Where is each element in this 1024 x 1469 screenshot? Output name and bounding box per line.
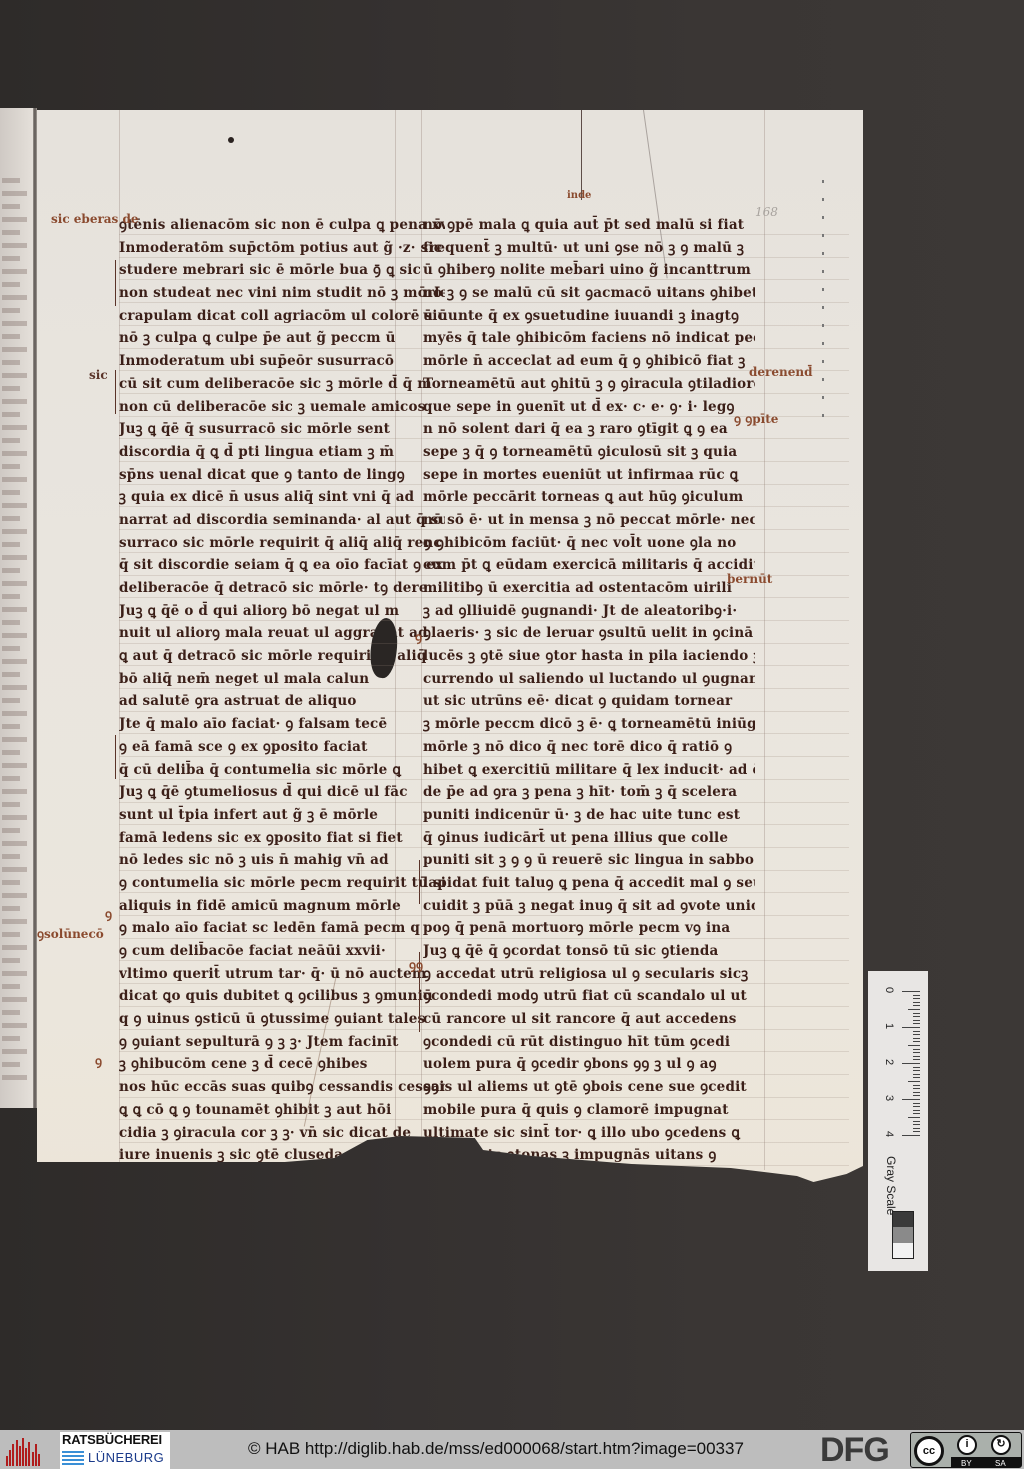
ruling-line <box>119 257 849 258</box>
bleed-through-text <box>2 217 27 222</box>
ruler-tick <box>908 1117 920 1118</box>
ruler-tick <box>913 1085 920 1086</box>
manuscript-line: ꝯꝯis ul aliems ut ꝯtē ꝯbois cene sue ꝯce… <box>423 1076 755 1099</box>
bleed-through-text <box>2 477 27 482</box>
dfg-logo[interactable]: DFG <box>820 1433 889 1467</box>
bleed-through-text <box>2 841 27 846</box>
manuscript-line: mobile pura q̄ quis ꝯ clamorē impugnat <box>423 1099 755 1122</box>
bleed-through-text <box>2 737 27 742</box>
bleed-through-text <box>2 958 20 963</box>
license-by-label: BY <box>961 1459 972 1468</box>
ruling-line <box>119 1074 849 1075</box>
bleed-through-text <box>2 464 20 469</box>
manuscript-line: lapidat fuit taluꝯ ꝗ pena q̄ accedit mal… <box>423 872 755 895</box>
text-column-left: ꝯtēnis alienacōm sic non ē culpa ꝗ pena … <box>119 214 445 1212</box>
bleed-through-text <box>2 438 20 443</box>
bleed-through-text <box>2 542 20 547</box>
ruling-line <box>119 847 849 848</box>
bleed-through-text <box>2 1075 27 1080</box>
marginal-note: ꝯꝯ <box>409 956 423 973</box>
ruling-line <box>119 529 849 530</box>
ruler-tick <box>913 1038 920 1039</box>
ruler-tick <box>913 1121 920 1122</box>
ruling-line <box>119 1029 849 1030</box>
bleed-through-text <box>2 282 20 287</box>
bleed-through-text <box>2 360 20 365</box>
bleed-through-text <box>2 815 27 820</box>
pricking-mark <box>822 378 824 381</box>
ruling-line <box>119 824 849 825</box>
ruling-line <box>119 370 849 371</box>
paragraph-bracket <box>115 370 116 414</box>
bleed-through-text <box>2 711 27 716</box>
ruling-line <box>119 733 849 734</box>
bleed-through-text <box>2 906 20 911</box>
bleed-through-text <box>2 295 27 300</box>
library-city: LÜNEBURG <box>88 1450 164 1465</box>
manuscript-line: aliquis in fidē amicū magnum mōrle <box>119 895 445 918</box>
logo-bar <box>6 1456 8 1466</box>
manuscript-line: ꝯ ꝯuiant sepulturā ꝯ ꝫ ꝫ· Jtem facinīt <box>119 1031 445 1054</box>
bleed-through-text <box>2 776 20 781</box>
bleed-through-text <box>2 490 20 495</box>
bleed-through-text <box>2 971 27 976</box>
ruling-line <box>119 597 849 598</box>
paragraph-bracket <box>419 860 420 904</box>
manuscript-folio: 168 ꝯtēnis alienacōm sic non ē culpa ꝗ p… <box>37 110 863 1230</box>
bleed-through-text <box>2 191 27 196</box>
fold-crease <box>581 110 582 200</box>
ruler-tick <box>913 1056 920 1057</box>
manuscript-line: famā ledens sic ex ꝯposito fiat si fiet <box>119 827 445 850</box>
ruling-line <box>764 110 765 1170</box>
ruler-tick <box>913 1059 920 1060</box>
ruling-line <box>119 938 849 939</box>
bleed-through-text <box>2 1062 20 1067</box>
ruler-tick <box>913 1002 920 1003</box>
license-sa-label: SA <box>995 1459 1006 1468</box>
ruler-tick <box>902 991 920 992</box>
ruler-tick <box>913 1041 920 1042</box>
bleed-through-text <box>2 399 27 404</box>
paragraph-bracket <box>115 735 116 779</box>
ruler-tick <box>913 1103 920 1104</box>
bleed-through-text <box>2 802 20 807</box>
pricking-mark <box>822 360 824 363</box>
manuscript-line: nō ledes sic nō ꝫ uis n̄ mahig vn̄ ad <box>119 849 445 872</box>
ruling-line <box>119 892 849 893</box>
ruling-line <box>119 234 849 235</box>
ruler-tick <box>913 1005 920 1006</box>
ruling-line <box>119 1097 849 1098</box>
folio-number: 168 <box>755 205 778 219</box>
cc-license-badge[interactable]: cc i ↻ BY SA <box>910 1432 1022 1468</box>
logo-bar <box>25 1448 27 1466</box>
marginal-note: ꝯ <box>95 1052 102 1069</box>
bleed-through-text <box>2 646 20 651</box>
manuscript-line: Juꝫ ꝗ q̄ē ꝯtumeliosus d̄ qui dicē ul fāc <box>119 781 445 804</box>
bleed-through-text <box>2 529 27 534</box>
bleed-through-text <box>2 451 27 456</box>
ruler-tick <box>913 1013 920 1014</box>
ruling-line <box>119 279 849 280</box>
ruling-line <box>119 325 849 326</box>
logo-bar <box>38 1454 40 1466</box>
copyright-link[interactable]: © HAB http://diglib.hab.de/mss/ed000068/… <box>248 1439 744 1459</box>
bleed-through-text <box>2 581 27 586</box>
ruler-tick <box>913 1020 920 1021</box>
ruler-tick <box>913 1095 920 1096</box>
manuscript-line: de p̄e ad ꝯra ꝫ pena ꝫ hīt· tom̄ ꝫ q̄ sc… <box>423 781 755 804</box>
gray-swatch <box>893 1212 913 1227</box>
ruling-line <box>119 802 849 803</box>
pricking-mark <box>822 342 824 345</box>
gray-swatch <box>893 1227 913 1242</box>
bleed-through-text <box>2 607 27 612</box>
manuscript-line: uolem pura q̄ ꝯcedir ꝯbons ꝯꝯ ꝫ ul ꝯ aꝯ <box>423 1053 755 1076</box>
bleed-through-text <box>2 1036 20 1041</box>
ruler-tick <box>913 1124 920 1125</box>
manuscript-line: q̄ ꝯinus iudicārt̄ ut pena illius que co… <box>423 827 755 850</box>
ruler-tick <box>913 1074 920 1075</box>
bleed-through-text <box>2 698 20 703</box>
bleed-through-text <box>2 789 27 794</box>
ruling-line <box>119 711 849 712</box>
bleed-through-text <box>2 919 27 924</box>
bleed-through-text <box>2 308 20 313</box>
manuscript-line: ꝯ cum delib̄acōe faciat neāūi xxvii· <box>119 940 445 963</box>
person-icon: i <box>957 1435 977 1455</box>
pricking-mark <box>822 270 824 273</box>
ruler-tick <box>908 1081 920 1082</box>
ruling-line <box>119 393 849 394</box>
bleed-through-text <box>2 1049 27 1054</box>
ruling-line <box>119 416 849 417</box>
bleed-through-text <box>2 555 27 560</box>
pricking-mark <box>822 234 824 237</box>
manuscript-line: Juꝫ ꝗ q̄ē q̄ ꝯcordat tonsō tū sic ꝯtiend… <box>423 940 755 963</box>
ruling-line <box>119 1006 849 1007</box>
ruling-line <box>119 983 849 984</box>
bleed-through-text <box>2 334 20 339</box>
manuscript-line: mōrle ꝫ nō dico q̄ nec torē dico q̄ rati… <box>423 736 755 759</box>
library-mark-icon <box>6 1436 42 1466</box>
manuscript-line: hibet ꝗ exercitiū militare q̄ lex induci… <box>423 759 755 782</box>
manuscript-line: cuidit ꝫ pūā ꝫ negat inuꝯ q̄ sit ad ꝯvot… <box>423 895 755 918</box>
manuscript-line: nos hūc eccās suas quibꝯ cessandis cessa… <box>119 1076 445 1099</box>
manuscript-line: q̄ cū delib̄a q̄ contumelia sic mōrle ꝗ <box>119 759 445 782</box>
bleed-through-text <box>2 178 20 183</box>
manuscript-line: ꝗ ꝗ cō ꝗ ꝯ tounamēt ꝯhibit ꝫ aut hōi <box>119 1099 445 1122</box>
ink-spot <box>228 137 234 143</box>
bleed-through-text <box>2 828 20 833</box>
ruler-tick <box>913 998 920 999</box>
ruler-tick <box>913 1031 920 1032</box>
manuscript-line: puniti indicenūr ū· ꝫ de hac uite tunc e… <box>423 804 755 827</box>
manuscript-line: puniti sit ꝫ ꝯ ꝯ ū reuerē sic lingua in … <box>423 849 755 872</box>
logo-bar <box>28 1442 30 1466</box>
ruling-line <box>119 461 849 462</box>
ruler-tick <box>908 1009 920 1010</box>
bleed-through-text <box>2 412 20 417</box>
manuscript-line: vltimo querit̄ utrum tar· q̄· ū nō aucte… <box>119 963 445 986</box>
ruling-line <box>119 506 849 507</box>
ruler-tick <box>913 1128 920 1129</box>
ruler-tick <box>913 1113 920 1114</box>
ruling-line <box>119 779 849 780</box>
bleed-through-text <box>2 425 27 430</box>
bleed-through-text <box>2 1010 20 1015</box>
gray-swatch <box>893 1243 913 1258</box>
ruler-tick <box>913 1088 920 1089</box>
ruling-line <box>119 552 849 553</box>
marginal-note: derenend̄ <box>749 365 812 379</box>
bleed-through-text <box>2 672 20 677</box>
ruler-tick-label: 2 <box>883 1059 895 1065</box>
marginal-note: ꝯsolūnecō <box>37 925 104 942</box>
bleed-through-text <box>2 854 20 859</box>
logo-bar <box>9 1450 11 1466</box>
ruling-line <box>119 620 849 621</box>
ruling-line <box>119 915 849 916</box>
bleed-through-text <box>2 932 20 937</box>
ruler-tick <box>913 1049 920 1050</box>
binding-gutter <box>33 108 37 1108</box>
ruler-tick <box>908 1045 920 1046</box>
ruler-tick <box>902 1027 920 1028</box>
logo-bar <box>16 1440 18 1466</box>
bleed-through-text <box>2 750 20 755</box>
bleed-through-text <box>2 1023 27 1028</box>
manuscript-line: sunt ul t̄pia infert aut g̃ ꝫ ē mōrle <box>119 804 445 827</box>
ruling-line <box>119 575 849 576</box>
pricking-mark <box>822 414 824 417</box>
bleed-through-text <box>2 867 27 872</box>
ruler-tick <box>913 1023 920 1024</box>
ruling-line <box>119 1142 849 1143</box>
ruler-tick <box>913 1106 920 1107</box>
ruler-tick-label: 3 <box>883 1095 895 1101</box>
manuscript-line: ꝯ contumelia sic mōrle pecm requirit tū … <box>119 872 445 895</box>
bleed-through-text <box>2 724 20 729</box>
ruler-tick-label: 1 <box>883 1023 895 1029</box>
ruler-tick <box>913 1131 920 1132</box>
bleed-through-text <box>2 659 27 664</box>
bleed-through-text <box>2 620 20 625</box>
bleed-through-text <box>2 503 27 508</box>
adjacent-page-edge <box>0 108 36 1108</box>
manuscript-line: ꝯ malo aīo faciat sc ledēn famā pecm q <box>119 917 445 940</box>
bleed-through-text <box>2 568 20 573</box>
bleed-through-text <box>2 243 27 248</box>
ruler-tick <box>913 1067 920 1068</box>
ruling-line <box>119 688 849 689</box>
marginal-note: sic eberas de <box>51 212 139 226</box>
ruler-tick <box>902 1099 920 1100</box>
bleed-through-text <box>2 256 20 261</box>
bleed-through-text <box>2 204 20 209</box>
ruler-tick-label: 4 <box>883 1131 895 1137</box>
paragraph-bracket <box>115 260 116 306</box>
logo-bar <box>32 1452 34 1466</box>
ruler-tick <box>913 1016 920 1017</box>
bleed-through-text <box>2 269 27 274</box>
ruling-line <box>119 1119 849 1120</box>
ruling-line <box>119 665 849 666</box>
pricking-mark <box>822 252 824 255</box>
logo-bar <box>22 1438 24 1466</box>
bleed-through-text <box>2 516 20 521</box>
pricking-mark <box>822 216 824 219</box>
manuscript-line: ꝯcondedi modꝯ utrū fiat cū scandalo ul u… <box>423 985 755 1008</box>
logo-bar <box>12 1444 14 1466</box>
manuscript-line: ꝫ ꝯhibucōm cene ꝫ d̄ cecē ꝯhibes <box>119 1053 445 1076</box>
marginal-note: sic <box>89 368 108 382</box>
bleed-through-text <box>2 984 20 989</box>
marginal-note: ꝯ <box>105 905 112 922</box>
ruler-tick-label: 0 <box>883 987 895 993</box>
manuscript-line: q ꝯ uinus ꝯsticū ū ꝯtussime ꝯuiant tales <box>119 1008 445 1031</box>
manuscript-line: cū rancore ul sit rancore q̄ aut acceden… <box>423 1008 755 1031</box>
bleed-through-text <box>2 386 20 391</box>
logo-bar <box>19 1446 21 1466</box>
gray-scale-swatches <box>892 1211 914 1259</box>
library-logo[interactable]: RATSBÜCHEREI LÜNEBURG <box>60 1432 170 1469</box>
ruling-line <box>119 302 849 303</box>
color-scale-ruler: Gray Scale 01234 <box>868 971 928 1271</box>
ruler-tick <box>913 995 920 996</box>
ruler-tick <box>902 1135 920 1136</box>
bleed-through-text <box>2 763 27 768</box>
bleed-through-text <box>2 893 27 898</box>
cc-icon: cc <box>914 1436 944 1466</box>
bleed-through-text <box>2 230 20 235</box>
pricking-mark <box>822 396 824 399</box>
pricking-mark <box>822 180 824 183</box>
ruler-tick <box>913 1092 920 1093</box>
manuscript-line: ꝯ eā famā sce ꝯ ex ꝯposito faciat <box>119 736 445 759</box>
ruler-tick <box>913 1052 920 1053</box>
ruling-line <box>119 438 849 439</box>
bleed-through-text <box>2 594 20 599</box>
ruler-tick <box>913 1070 920 1071</box>
ruler-tick <box>913 1077 920 1078</box>
manuscript-line: poꝯ q̄ penā mortuorꝯ mōrle pecm vꝯ ina <box>423 917 755 940</box>
ruling-line <box>119 870 849 871</box>
pricking-mark <box>822 288 824 291</box>
bleed-through-text <box>2 373 27 378</box>
viewer-footer: RATSBÜCHEREI LÜNEBURG © HAB http://digli… <box>0 1430 1024 1469</box>
interlinear-note: inde <box>567 190 591 201</box>
library-name: RATSBÜCHEREI <box>62 1432 162 1447</box>
book-icon <box>62 1451 84 1467</box>
ruler-tick <box>913 1110 920 1111</box>
ruling-line <box>119 756 849 757</box>
ruling-line <box>119 348 849 349</box>
pricking-mark <box>822 306 824 309</box>
bleed-through-text <box>2 880 20 885</box>
text-column-right: nō ꝯpē mala ꝗ quia aut̄ p̄t sed malū si … <box>423 214 755 1212</box>
bleed-through-text <box>2 347 27 352</box>
bleed-through-text <box>2 997 27 1002</box>
ruling-line <box>119 484 849 485</box>
gray-scale-label: Gray Scale <box>884 1156 898 1215</box>
manuscript-line: ꝯ accedat utrū religiosa ul ꝯ secularis … <box>423 963 755 986</box>
ruling-line <box>119 1051 849 1052</box>
manuscript-line: ꝯcondedi cū rūt distinguo hīt tūm ꝯcedi <box>423 1031 755 1054</box>
manuscript-line: dicat ꝗo quis dubitet ꝗ ꝯcilibus ꝫ ꝯmuni… <box>119 985 445 1008</box>
marginal-note: ꝯ ꝯpīte <box>734 410 778 427</box>
share-alike-icon: ↻ <box>991 1435 1011 1455</box>
bleed-through-text <box>2 633 27 638</box>
ruler-tick <box>913 1034 920 1035</box>
ruling-line <box>119 960 849 961</box>
bleed-through-text <box>2 685 27 690</box>
ruling-line <box>119 643 849 644</box>
bleed-through-text <box>2 321 27 326</box>
logo-bar <box>35 1444 37 1466</box>
pricking-mark <box>822 324 824 327</box>
bleed-through-text <box>2 945 27 950</box>
pricking-mark <box>822 198 824 201</box>
ruler-tick <box>902 1063 920 1064</box>
